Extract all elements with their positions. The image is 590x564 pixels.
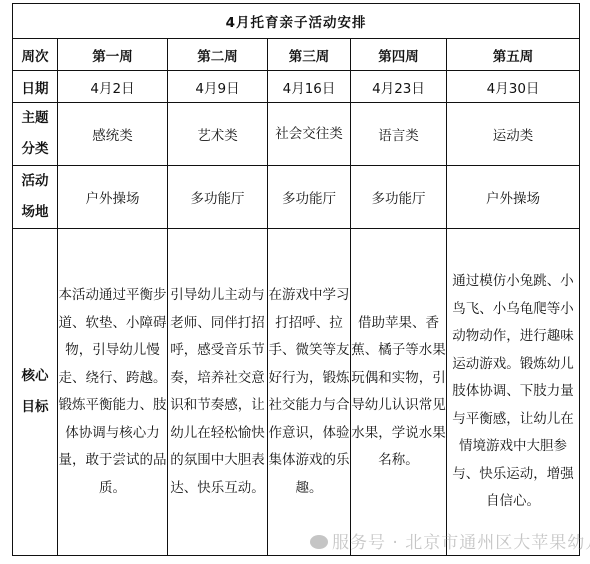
- row-label-theme-line2: 分类: [13, 134, 57, 165]
- date-cell-3: 4月16日: [268, 71, 351, 103]
- theme-cell-5: 运动类: [447, 103, 580, 166]
- place-row: 活动 场地 户外操场 多功能厅 多功能厅 多功能厅 户外操场: [13, 166, 580, 229]
- wechat-logo-icon: [310, 535, 328, 549]
- activity-schedule-table: 4月托育亲子活动安排 周次 第一周 第二周 第三周 第四周 第五周 日期 4月2…: [12, 3, 580, 556]
- watermark-text: 服务号 · 北京市通州区大苹果幼儿园: [332, 533, 590, 553]
- row-label-date: 日期: [13, 71, 58, 103]
- place-cell-3: 多功能厅: [268, 166, 351, 229]
- goal-cell-2: 引导幼儿主动与老师、同伴打招呼，感受音乐节奏，培养社交意识和节奏感，让幼儿在轻松…: [168, 229, 268, 556]
- date-cell-4: 4月23日: [351, 71, 447, 103]
- goal-row: 核心 目标 本活动通过平衡步道、软垫、小障碍物，引导幼儿慢走、绕行、跨越。锻炼平…: [13, 229, 580, 556]
- date-cell-1: 4月2日: [58, 71, 168, 103]
- place-cell-5: 户外操场: [447, 166, 580, 229]
- date-cell-5: 4月30日: [447, 71, 580, 103]
- place-cell-1: 户外操场: [58, 166, 168, 229]
- goal-cell-4: 借助苹果、香蕉、橘子等水果玩偶和实物，引导幼儿认识常见水果，学说水果名称。: [351, 229, 447, 556]
- goal-cell-5: 通过模仿小兔跳、小鸟飞、小乌龟爬等小动物动作，进行趣味运动游戏。锻炼幼儿肢体协调…: [447, 229, 580, 556]
- title-row: 4月托育亲子活动安排: [13, 4, 580, 39]
- theme-cell-3: 社会交往类: [268, 103, 351, 166]
- week-row: 周次 第一周 第二周 第三周 第四周 第五周: [13, 39, 580, 71]
- row-label-week: 周次: [13, 39, 58, 71]
- watermark: 服务号 · 北京市通州区大苹果幼儿园: [310, 528, 590, 553]
- row-label-goal: 核心 目标: [13, 229, 58, 556]
- theme-cell-3-text: 社会交往类: [274, 119, 344, 150]
- row-label-place: 活动 场地: [13, 166, 58, 229]
- theme-cell-2: 艺术类: [168, 103, 268, 166]
- row-label-goal-line2: 目标: [13, 392, 57, 423]
- place-cell-2: 多功能厅: [168, 166, 268, 229]
- week-header-2: 第二周: [168, 39, 268, 71]
- date-cell-2: 4月9日: [168, 71, 268, 103]
- date-row: 日期 4月2日 4月9日 4月16日 4月23日 4月30日: [13, 71, 580, 103]
- week-header-4: 第四周: [351, 39, 447, 71]
- week-header-5: 第五周: [447, 39, 580, 71]
- theme-row: 主题 分类 感统类 艺术类 社会交往类 语言类 运动类: [13, 103, 580, 166]
- week-header-1: 第一周: [58, 39, 168, 71]
- row-label-theme-line1: 主题: [13, 103, 57, 134]
- table-title: 4月托育亲子活动安排: [13, 4, 580, 39]
- row-label-place-line1: 活动: [13, 166, 57, 197]
- place-cell-4: 多功能厅: [351, 166, 447, 229]
- row-label-goal-line1: 核心: [13, 361, 57, 392]
- goal-cell-1: 本活动通过平衡步道、软垫、小障碍物，引导幼儿慢走、绕行、跨越。锻炼平衡能力、肢体…: [58, 229, 168, 556]
- row-label-place-line2: 场地: [13, 197, 57, 228]
- theme-cell-4: 语言类: [351, 103, 447, 166]
- row-label-theme: 主题 分类: [13, 103, 58, 166]
- theme-cell-1: 感统类: [58, 103, 168, 166]
- goal-cell-3: 在游戏中学习打招呼、拉手、微笑等友好行为，锻炼社交能力与合作意识，体验集体游戏的…: [268, 229, 351, 556]
- week-header-3: 第三周: [268, 39, 351, 71]
